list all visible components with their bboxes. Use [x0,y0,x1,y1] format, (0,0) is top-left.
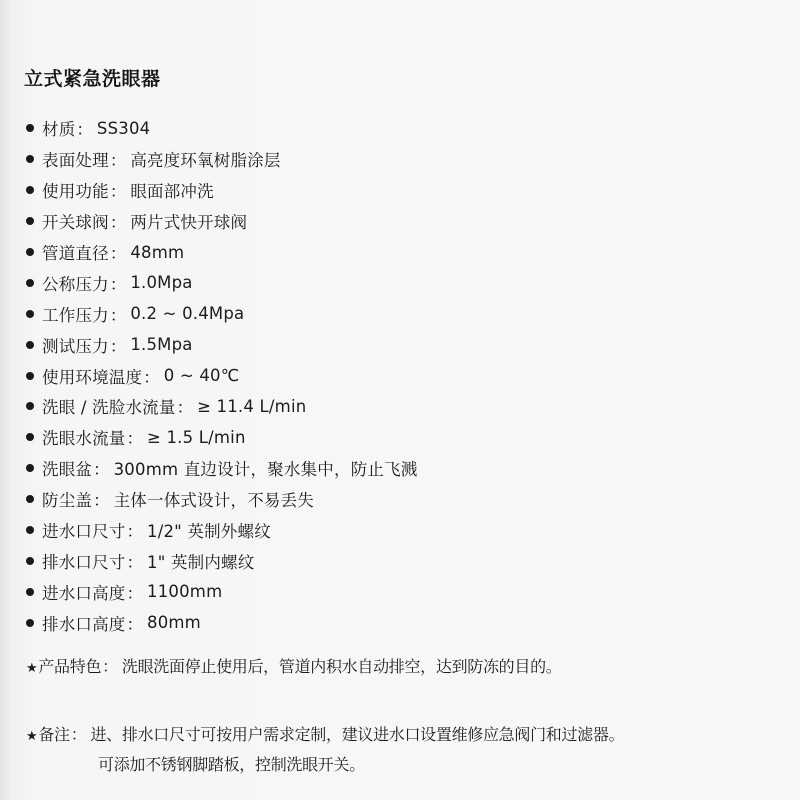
spec-item-surface-treatment: 表面处理：高亮度环氧树脂涂层 [26,144,418,175]
spec-separator: ： [127,580,144,604]
spec-item-inlet-size: 进水口尺寸：1/2" 英制外螺纹 [26,515,418,546]
feature-label: 产品特色 [38,657,101,676]
spec-label: 开关球阀 [42,209,109,233]
spec-value: 主体一体式设计，不易丢失 [114,487,314,511]
bullet-icon [26,186,34,194]
spec-value: 0.2 ~ 0.4Mpa [130,304,244,323]
spec-item-eye-flow: 洗眼水流量：≥ 1.5 L/min [26,422,418,453]
spec-value: 48mm [130,243,184,262]
spec-item-working-pressure: 工作压力：0.2 ~ 0.4Mpa [26,298,418,329]
remark-note: ★备注：进、排水口尺寸可按用户需求定制，建议进水口设置维修应急阀门和过滤器。 [26,722,624,745]
spec-value: SS304 [97,119,150,138]
spec-value: ≥ 1.5 L/min [147,428,246,447]
spec-label: 洗眼盆 [42,456,92,480]
spec-separator: ： [110,240,127,264]
bullet-icon [26,619,34,627]
remark-line-1: 进、排水口尺寸可按用户需求定制，建议进水口设置维修应急阀门和过滤器。 [90,725,624,744]
bullet-icon [26,402,34,410]
spec-item-function: 使用功能：眼面部冲洗 [26,175,418,206]
star-icon: ★ [26,661,37,676]
remark-line-2: 可添加不锈钢脚踏板，控制洗眼开关。 [98,752,365,775]
spec-value: 300mm 直边设计，聚水集中，防止飞溅 [114,456,418,480]
spec-label: 防尘盖 [42,487,92,511]
spec-value: 两片式快开球阀 [130,209,247,233]
bullet-icon [26,124,34,132]
spec-separator: ： [110,271,127,295]
spec-label: 使用功能 [42,178,109,202]
bullet-icon [26,495,34,503]
spec-sheet-page: 立式紧急洗眼器 材质：SS304 表面处理：高亮度环氧树脂涂层 使用功能：眼面部… [0,0,800,800]
spec-label: 使用环境温度 [42,364,142,388]
spec-label: 进水口高度 [42,580,126,604]
spec-separator: ： [110,178,127,202]
spec-item-eyewash-bowl: 洗眼盆：300mm 直边设计，聚水集中，防止飞溅 [26,453,418,484]
spec-value: 0 ~ 40℃ [164,366,240,385]
remark-label: 备注 [38,725,69,744]
spec-label: 材质 [42,116,75,140]
bullet-icon [26,310,34,318]
spec-item-outlet-height: 排水口高度：80mm [26,607,418,638]
spec-label: 公称压力 [42,271,109,295]
bullet-icon [26,279,34,287]
spec-separator: ： [110,209,127,233]
spec-separator: ： [110,147,127,171]
spec-label: 工作压力 [42,302,109,326]
spec-value: 1.0Mpa [130,273,192,292]
spec-separator: ： [127,549,144,573]
bullet-icon [26,155,34,163]
spec-separator: ： [110,333,127,357]
feature-text: 洗眼洗面停止使用后，管道内积水自动排空，达到防冻的目的。 [122,657,562,676]
spec-item-outlet-size: 排水口尺寸：1" 英制内螺纹 [26,545,418,576]
spec-label: 洗眼水流量 [42,425,126,449]
spec-separator: ： [143,364,160,388]
spec-separator: ： [93,456,110,480]
spec-separator: ： [177,394,194,418]
spec-item-material: 材质：SS304 [26,113,418,144]
spec-value: 1100mm [147,582,222,601]
spec-label: 管道直径 [42,240,109,264]
spec-label: 洗眼 / 洗脸水流量 [42,394,176,418]
spec-item-pipe-diameter: 管道直径：48mm [26,237,418,268]
spec-item-inlet-height: 进水口高度：1100mm [26,576,418,607]
spec-separator: ： [93,487,110,511]
spec-value: 1" 英制内螺纹 [147,549,254,573]
bullet-icon [26,526,34,534]
spec-value: 眼面部冲洗 [130,178,214,202]
feature-separator: ： [102,657,118,676]
spec-separator: ： [127,611,144,635]
spec-label: 测试压力 [42,333,109,357]
bullet-icon [26,433,34,441]
spec-label: 排水口尺寸 [42,549,126,573]
spec-separator: ： [76,116,93,140]
spec-separator: ： [127,518,144,542]
bullet-icon [26,341,34,349]
spec-item-nominal-pressure: 公称压力：1.0Mpa [26,267,418,298]
bullet-icon [26,464,34,472]
spec-value: 1/2" 英制外螺纹 [147,518,271,542]
product-feature-note: ★产品特色：洗眼洗面停止使用后，管道内积水自动排空，达到防冻的目的。 [26,654,561,677]
bullet-icon [26,248,34,256]
spec-item-ambient-temperature: 使用环境温度：0 ~ 40℃ [26,360,418,391]
bullet-icon [26,372,34,380]
remark-separator: ： [71,725,87,744]
spec-label: 表面处理 [42,147,109,171]
spec-list: 材质：SS304 表面处理：高亮度环氧树脂涂层 使用功能：眼面部冲洗 开关球阀：… [26,113,418,638]
spec-separator: ： [127,425,144,449]
spec-item-test-pressure: 测试压力：1.5Mpa [26,329,418,360]
spec-value: 80mm [147,613,201,632]
spec-item-ball-valve: 开关球阀：两片式快开球阀 [26,206,418,237]
spec-separator: ： [110,302,127,326]
spec-value: 高亮度环氧树脂涂层 [130,147,280,171]
spec-label: 进水口尺寸 [42,518,126,542]
spec-item-eye-face-flow: 洗眼 / 洗脸水流量：≥ 11.4 L/min [26,391,418,422]
page-title: 立式紧急洗眼器 [24,64,161,91]
bullet-icon [26,557,34,565]
spec-label: 排水口高度 [42,611,126,635]
bullet-icon [26,588,34,596]
star-icon: ★ [26,729,37,744]
spec-value: ≥ 11.4 L/min [197,397,306,416]
spec-item-dust-cover: 防尘盖：主体一体式设计，不易丢失 [26,484,418,515]
bullet-icon [26,217,34,225]
spec-value: 1.5Mpa [130,335,192,354]
